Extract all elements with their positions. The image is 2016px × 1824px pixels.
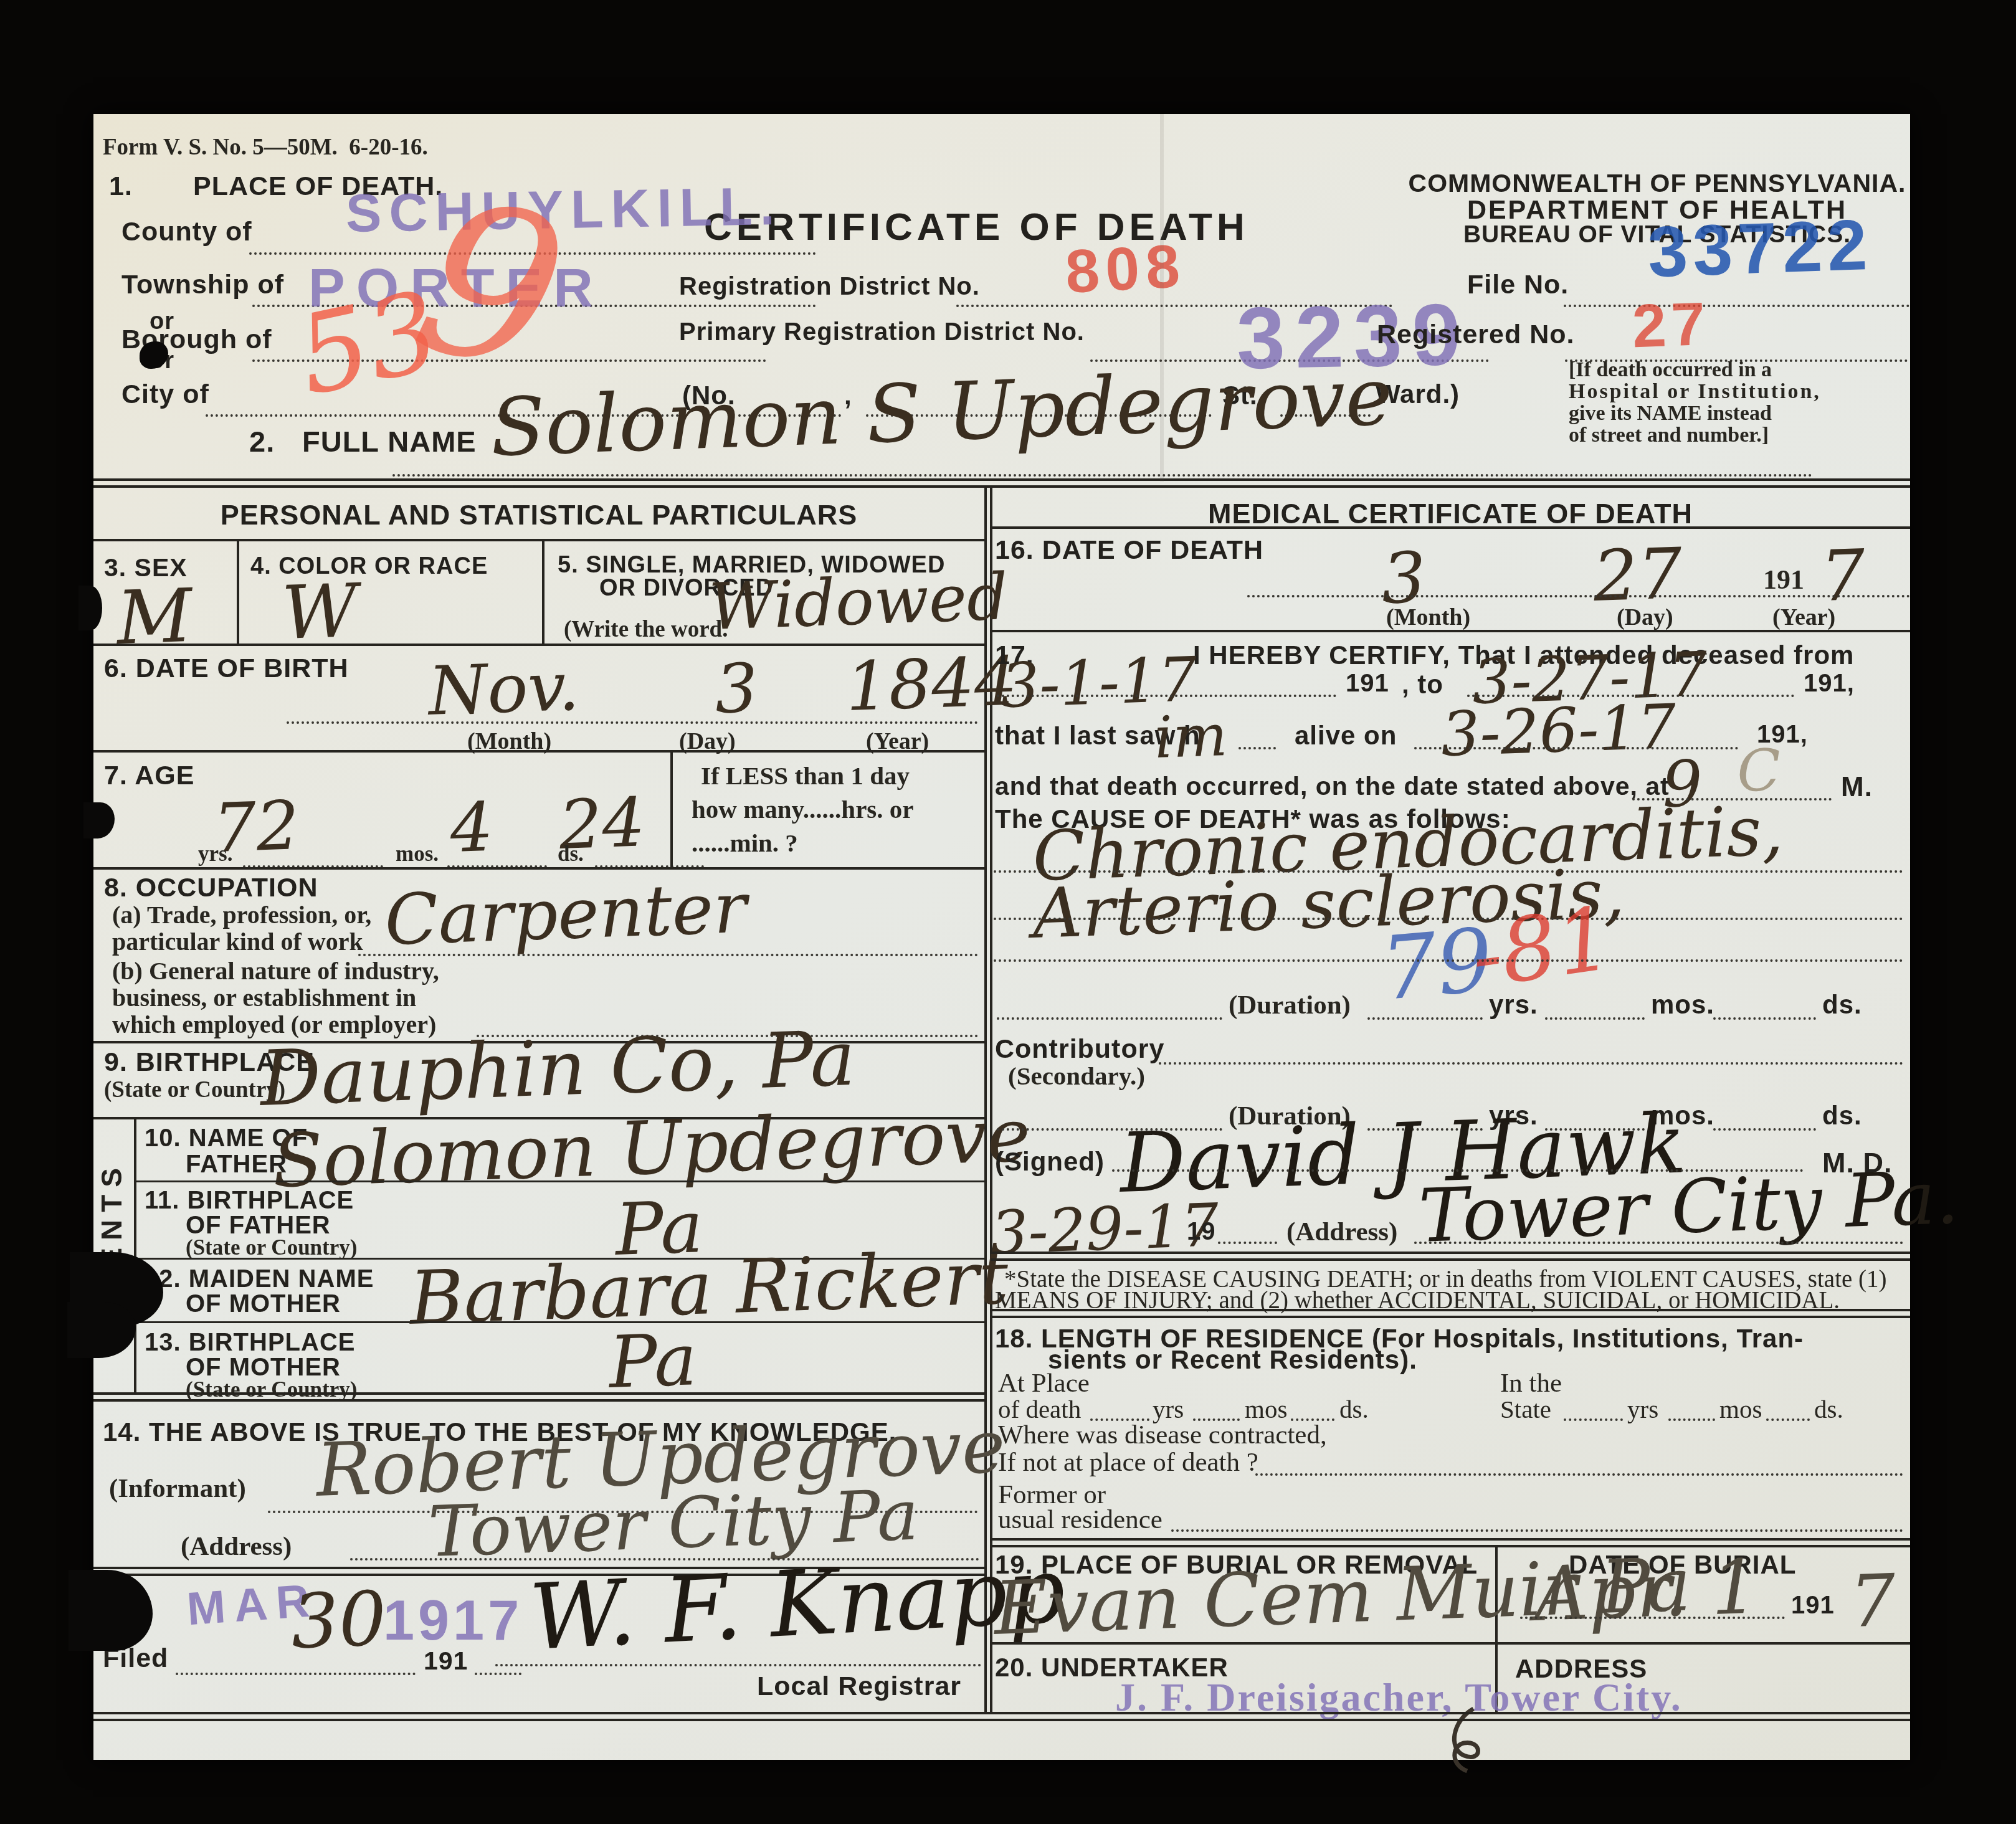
mother-name-label-1: 12. MAIDEN NAME [145,1265,374,1293]
medical-section-title: MEDICAL CERTIFICATE OF DEATH [991,498,1910,530]
occupation-value: Carpenter [383,868,748,961]
duration1-line-a [1367,1017,1483,1020]
dob-year: 1844 [845,642,1019,726]
registered-no-label: Registered No. [1377,320,1574,350]
burial-date-line [1520,1617,1785,1619]
dob-month: Nov. [427,648,581,731]
rule-med-heavy-3 [991,1538,1910,1547]
occupation-b1: (b) General nature of industry, [112,956,439,986]
residence-label-2: sients or Recent Residents). [1048,1345,1417,1375]
rule-med-b [991,630,1910,632]
rule-g-heavy [93,1392,984,1402]
certificate-paper: Form V. S. No. 5—50M. 6-20-16. 1. PLACE … [93,114,1910,1760]
res-line-5 [1668,1418,1715,1421]
rule-med-heavy-1 [991,1252,1910,1261]
burial-date-value: Apr. 1 [1533,1544,1760,1638]
res-line-6 [1766,1418,1810,1421]
dob-day: 3 [714,650,759,729]
duration1-mos: mos. [1651,990,1714,1020]
res-line-4 [1564,1418,1623,1421]
attended-from-191: 191 [1346,670,1389,698]
sex-value: M [115,572,194,661]
secondary-label: (Secondary.) [1008,1061,1145,1091]
res-ds-2: ds. [1814,1394,1843,1424]
signed-date-line [1218,1242,1277,1244]
cause-dotline-3 [994,959,1903,962]
rule-12-13 [134,1321,984,1323]
age-label: 7. AGE [104,761,194,791]
contributory-label: Contributory [995,1034,1164,1065]
filed-191: 191 [424,1646,468,1676]
form-number: Form V. S. No. 5—50M. 6-20-16. [103,134,428,161]
item1-number: 1. [109,171,133,202]
fullname-value: Solomon S Updegrove [489,351,1394,475]
dod-month-caption: (Month) [1386,604,1470,631]
duration1-line-b [1545,1017,1645,1020]
file-no-line [1564,305,1909,307]
less-than-1day-3: ......min. ? [692,828,798,858]
age-yrs-caption: yrs. [198,842,232,867]
if-not-label: If not at place of death ? [998,1447,1258,1478]
contributory-line [1159,1062,1903,1065]
duration2-ds: ds. [1822,1101,1862,1131]
reg-district-stamp: 808 [1063,230,1187,307]
father-bp-hint: (State or Country) [186,1235,357,1260]
bottom-rule [93,1712,1910,1721]
state-label: State [1500,1394,1551,1424]
rule-d [93,867,984,870]
birthplace-hint: (State or Country) [104,1076,285,1103]
signed-address-label: (Address) [1286,1217,1397,1247]
dod-line [1247,595,1910,597]
signed-address-line [1414,1242,1903,1244]
if-not-line [1255,1473,1903,1476]
rule-med-c [991,1642,1910,1645]
dob-label: 6. DATE OF BIRTH [104,653,349,684]
duration1-ds: ds. [1822,990,1862,1020]
occupation-a2: particular kind of work [112,927,363,956]
marital-hint: (Write the word. [564,616,728,643]
file-number-stamp: 33722 [1647,204,1873,293]
res-yrs-2: yrs [1627,1394,1658,1424]
contracted-label: Where was disease contracted, [998,1420,1327,1450]
dod-year-caption: (Year) [1772,604,1835,631]
occupation-label: 8. OCCUPATION [104,873,318,903]
usual-line [1171,1529,1903,1532]
last-saw-date: 3-26-17 [1440,691,1678,771]
file-no-label: File No. [1467,270,1569,300]
dod-label: 16. DATE OF DEATH [995,535,1263,566]
last-saw-gap-line [1239,747,1276,749]
death-occurred-text: and that death occurred, on the date sta… [995,772,1670,801]
personal-section-title: PERSONAL AND STATISTICAL PARTICULARS [93,499,984,531]
duration1-yrs: yrs. [1489,990,1538,1020]
fullname-label: FULL NAME [302,424,477,458]
county-label: County of [121,217,252,247]
res-mos-2: mos [1719,1394,1762,1424]
marital-value: Widowed [708,559,1009,645]
hospital-note-2: Hospital or Institution, [1569,380,1821,404]
burial-191: 191 [1791,1592,1835,1620]
informant-address-label: (Address) [181,1531,292,1562]
registered-no-stamp: 27 [1631,288,1711,361]
signed-19: 19 [1187,1218,1216,1246]
mother-bp-label-1: 13. BIRTHPLACE [145,1329,356,1357]
occupation-b2: business, or establishment in [112,983,416,1012]
usual-label: usual residence [998,1504,1163,1535]
hospital-note-1: [If death occurred in a [1569,358,1772,382]
paper-crease [1160,114,1164,482]
m-label: M. [1841,772,1873,803]
primary-reg-label: Primary Registration District No. [679,318,1085,346]
age-ds-caption: ds. [558,842,584,867]
filed-line [176,1673,416,1675]
less-than-1day-1: If LESS than 1 day [701,761,910,791]
mother-name-label-2: OF MOTHER [186,1290,341,1318]
registrar-line [495,1664,981,1666]
res-ds-1: ds. [1339,1394,1369,1424]
duration1-label: (Duration) [1229,990,1351,1020]
rule-10-11 [134,1180,984,1182]
divider-4-5 [542,539,544,644]
last-saw-text-2: alive on [1295,721,1397,751]
attended-to-191: 191, [1804,670,1855,698]
age-mos-caption: mos. [396,842,439,867]
mother-name-value: Barbara Rickert [408,1235,1010,1341]
form-number-text: Form V. S. No. 5—50M. [103,135,338,160]
township-label: Township of [121,270,284,300]
filed-stamp-year: 1917 [383,1589,523,1653]
rule-med-heavy-2 [991,1309,1910,1318]
form-revision: 6-20-16. [349,135,427,160]
less-than-1day-2: how many......hrs. or [692,794,914,824]
parents-bracket-line [134,1117,136,1392]
reg-district-label: Registration District No. [679,273,980,301]
divider-3-4 [237,539,239,644]
fullname-number: 2. [249,424,275,458]
duration1-line-c [1713,1017,1816,1020]
rule-a [93,539,984,541]
rule-med-a [991,526,1910,529]
race-value: W [280,568,359,656]
torn-edge-nick-1 [78,586,102,630]
registrar-label: Local Registrar [757,1671,961,1702]
commonwealth-line: COMMONWEALTH OF PENNSYLVANIA. [1377,169,1938,198]
scanned-death-certificate: { "colors": { "paper": "#e8e7dd", "ink_p… [0,0,2016,1824]
fullname-line [392,474,1813,477]
hospital-note-4: of street and number.] [1569,424,1769,447]
dod-year-printed: 191 [1763,564,1804,596]
father-bp-label-1: 11. BIRTHPLACE [145,1187,354,1215]
duration1-lead-line [997,1017,1222,1020]
signed-label: (Signed) [995,1147,1105,1177]
header-divider-rule [93,478,1910,488]
attended-from-line [997,695,1336,697]
filed-line-2 [475,1673,521,1675]
hospital-note-3: give its NAME instead [1569,402,1772,425]
last-saw-im: im [1153,702,1228,771]
informant-label: (Informant) [109,1473,246,1504]
rule-c [93,750,984,753]
duration2-line-c [1713,1128,1816,1131]
to-label: , to [1402,670,1443,700]
divider-age [670,750,673,867]
age-months: 4 [449,789,495,868]
dob-line [287,721,978,724]
occupation-a1: (a) Trade, profession, or, [112,900,371,929]
filed-day: 30 [290,1576,388,1666]
city-label: City of [121,379,209,410]
burial-year-written: 7 [1848,1559,1897,1644]
rule-b [93,644,984,646]
dod-day-caption: (Day) [1617,604,1673,631]
